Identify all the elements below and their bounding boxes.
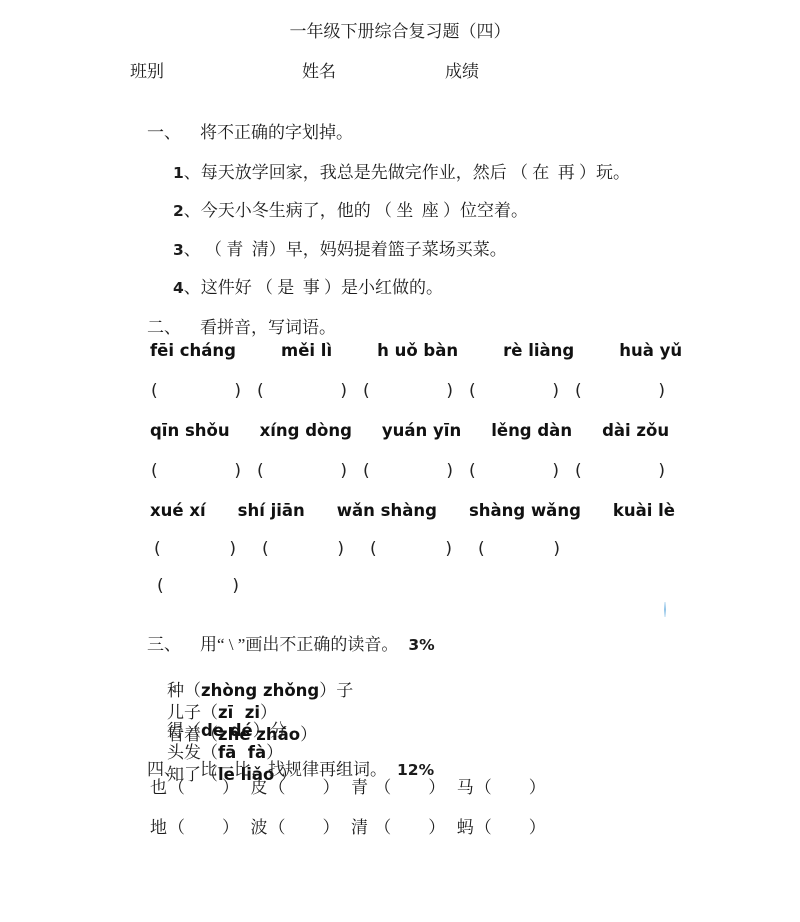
pinyin-word: xué xí	[150, 500, 206, 522]
paren-open: (	[363, 380, 370, 402]
answer-blank-row-1: () () () () ()	[151, 380, 665, 402]
answer-blank: ()	[262, 538, 344, 560]
paren-close: )	[446, 460, 453, 482]
pinyin-word: fēi cháng	[150, 340, 236, 362]
answer-blank-row-2: () () () () ()	[151, 460, 665, 482]
answer-blank: ()	[154, 538, 236, 560]
paren-close: )	[340, 460, 347, 482]
pinyin-row-2: qīn shǒu xíng dòng yuán yīn lěng dàn dài…	[150, 420, 669, 442]
section-3-percent: 3%	[408, 636, 434, 654]
answer-blank: ()	[363, 460, 453, 482]
pinyin-word: h uǒ bàn	[377, 340, 458, 362]
section-2-title: 看拼音，写词语。	[200, 318, 336, 337]
pinyin-word: rè liàng	[503, 340, 574, 362]
paren-close: )	[658, 460, 665, 482]
pinyin-word: yuán yīn	[382, 420, 461, 442]
paren-close: )	[445, 538, 452, 560]
paren-open: (	[478, 538, 485, 560]
paren-close: )	[552, 380, 559, 402]
paren-open: (	[151, 380, 158, 402]
answer-blank: ()	[157, 575, 239, 597]
section-2-marker: 二、	[147, 318, 181, 337]
class-label: 班别	[130, 61, 164, 83]
pinyin-word: lěng dàn	[491, 420, 572, 442]
paren-close: )	[658, 380, 665, 402]
paren-open: (	[257, 380, 264, 402]
answer-blank: ()	[257, 380, 347, 402]
answer-blank: ()	[469, 380, 559, 402]
paren-close: )	[234, 460, 241, 482]
paren-open: (	[154, 538, 161, 560]
text-cursor	[664, 602, 666, 617]
paren-open: (	[575, 380, 582, 402]
answer-blank-row-4: ()	[157, 575, 239, 597]
paren-open: (	[363, 460, 370, 482]
name-label: 姓名	[302, 61, 336, 83]
answer-blank: ()	[469, 460, 559, 482]
paren-close: )	[337, 538, 344, 560]
answer-blank: ()	[363, 380, 453, 402]
paren-close: )	[234, 380, 241, 402]
word-building-row-2: 地（ ） 波（ ） 清 （ ） 蚂（ ）	[150, 817, 547, 839]
pinyin-row-3: xué xí shí jiān wǎn shàng shàng wǎng kuà…	[150, 500, 675, 522]
pinyin-word: kuài lè	[613, 500, 675, 522]
answer-blank: ()	[575, 460, 665, 482]
section-3-marker: 三、	[147, 635, 181, 654]
paren-close: )	[446, 380, 453, 402]
paren-open: (	[257, 460, 264, 482]
pinyin-word: qīn shǒu	[150, 420, 230, 442]
section-3-title: 用“ \ ”画出不正确的读音。	[200, 635, 398, 654]
worksheet-page[interactable]: 一年级下册综合复习题（四） 班别 姓名 成绩 一、将不正确的字划掉。 1、每天放…	[0, 0, 800, 922]
pinyin-word: wǎn shàng	[337, 500, 437, 522]
paren-open: (	[469, 460, 476, 482]
pinyin-word: dài zǒu	[602, 420, 669, 442]
answer-blank: ()	[370, 538, 452, 560]
pinyin-word: měi lì	[281, 340, 332, 362]
pinyin-word: xíng dòng	[260, 420, 352, 442]
paren-open: (	[262, 538, 269, 560]
paren-close: )	[552, 460, 559, 482]
paren-close: )	[229, 538, 236, 560]
paren-open: (	[575, 460, 582, 482]
answer-blank: ()	[257, 460, 347, 482]
pinyin-word: shí jiān	[238, 500, 305, 522]
word-building-row-1: 也（ ） 皮（ ） 青 （ ） 马（ ）	[150, 777, 547, 799]
answer-blank: ()	[151, 460, 241, 482]
answer-blank-row-3: () () () ()	[154, 538, 560, 560]
answer-blank: ()	[575, 380, 665, 402]
paren-close: )	[553, 538, 560, 560]
score-label: 成绩	[445, 61, 479, 83]
pinyin-word: huà yǔ	[619, 340, 682, 362]
pinyin-word: shàng wǎng	[469, 500, 581, 522]
answer-blank: ()	[151, 380, 241, 402]
paren-open: (	[157, 575, 164, 597]
answer-blank: ()	[478, 538, 560, 560]
pinyin-row-1: fēi cháng měi lì h uǒ bàn rè liàng huà y…	[150, 340, 682, 362]
paren-open: (	[370, 538, 377, 560]
paren-close: )	[340, 380, 347, 402]
paren-open: (	[151, 460, 158, 482]
paren-close: )	[232, 575, 239, 597]
paren-open: (	[469, 380, 476, 402]
page-title: 一年级下册综合复习题（四）	[0, 21, 800, 43]
